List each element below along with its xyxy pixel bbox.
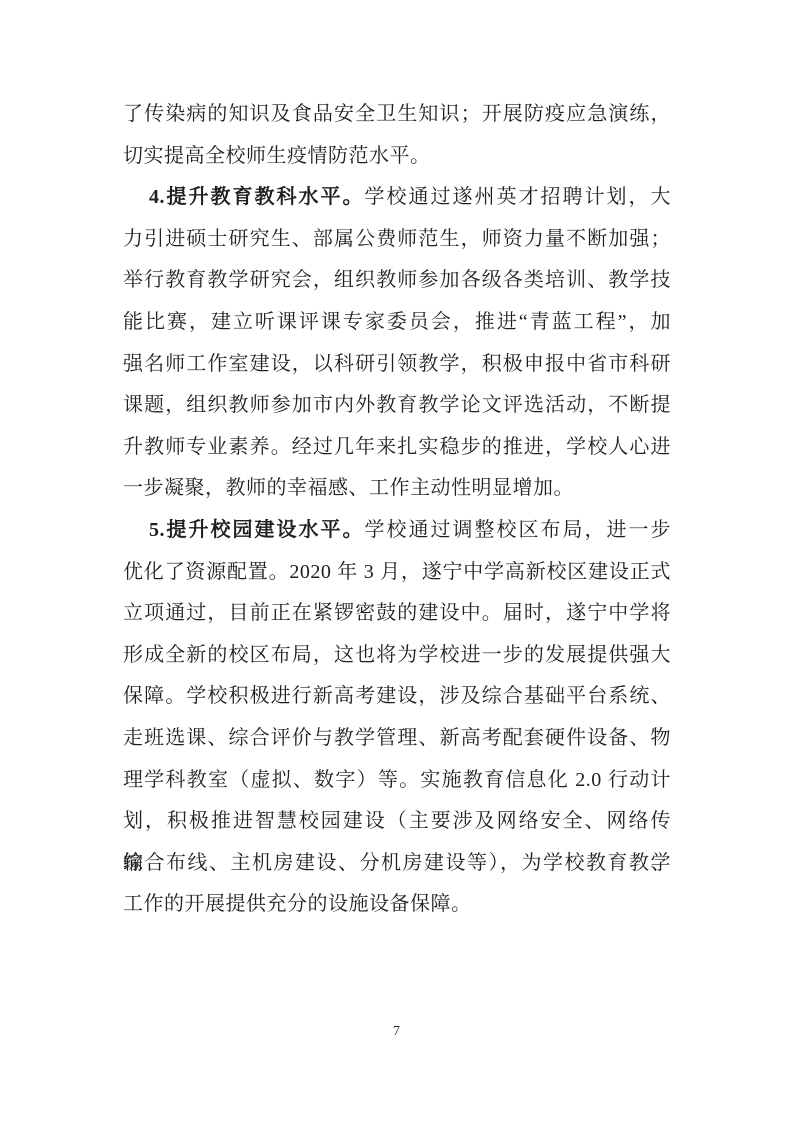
text-line: 形成全新的校区布局，这也将为学校进一步的发展提供强大 bbox=[123, 635, 671, 677]
line-text: 学校通过调整校区布局，进一步 bbox=[365, 519, 672, 541]
text-line: 课题，组织教师参加市内外教育教学论文评选活动，不断提 bbox=[123, 385, 671, 427]
text-line: 工作的开展提供充分的设施设备保障。 bbox=[123, 884, 671, 926]
text-line: 保障。学校积极进行新高考建设，涉及综合基础平台系统、 bbox=[123, 676, 671, 718]
section-heading: 5.提升校园建设水平。 bbox=[149, 519, 365, 541]
text-line: 立项通过，目前正在紧锣密鼓的建设中。届时，遂宁中学将 bbox=[123, 593, 671, 635]
text-line: 切实提高全校师生疫情防范水平。 bbox=[123, 136, 671, 178]
document-page: 了传染病的知识及食品安全卫生知识；开展防疫应急演练，切实提高全校师生疫情防范水平… bbox=[0, 0, 793, 1122]
text-line: 了传染病的知识及食品安全卫生知识；开展防疫应急演练， bbox=[123, 94, 671, 136]
document-body: 了传染病的知识及食品安全卫生知识；开展防疫应急演练，切实提高全校师生疫情防范水平… bbox=[123, 94, 671, 926]
text-line: 4.提升教育教科水平。学校通过遂州英才招聘计划，大 bbox=[123, 177, 671, 219]
text-line: 举行教育教学研究会，组织教师参加各级各类培训、教学技 bbox=[123, 260, 671, 302]
page-number: 7 bbox=[0, 1022, 793, 1042]
text-line: 优化了资源配置。2020 年 3 月，遂宁中学高新校区建设正式 bbox=[123, 552, 671, 594]
text-line: 划，积极推进智慧校园建设（主要涉及网络安全、网络传输、 bbox=[123, 801, 671, 843]
text-line: 走班选课、综合评价与教学管理、新高考配套硬件设备、物 bbox=[123, 718, 671, 760]
text-line: 一步凝聚，教师的幸福感、工作主动性明显增加。 bbox=[123, 468, 671, 510]
text-line: 能比赛，建立听课评课专家委员会，推进“青蓝工程”，加 bbox=[123, 302, 671, 344]
text-line: 力引进硕士研究生、部属公费师范生，师资力量不断加强； bbox=[123, 219, 671, 261]
text-line: 综合布线、主机房建设、分机房建设等），为学校教育教学 bbox=[123, 843, 671, 885]
text-line: 强名师工作室建设，以科研引领教学，积极申报中省市科研 bbox=[123, 344, 671, 386]
line-text: 学校通过遂州英才招聘计划，大 bbox=[365, 186, 672, 208]
text-line: 5.提升校园建设水平。学校通过调整校区布局，进一步 bbox=[123, 510, 671, 552]
text-line: 升教师专业素养。经过几年来扎实稳步的推进，学校人心进 bbox=[123, 427, 671, 469]
text-line: 理学科教室（虚拟、数字）等。实施教育信息化 2.0 行动计 bbox=[123, 760, 671, 802]
section-heading: 4.提升教育教科水平。 bbox=[149, 186, 365, 208]
